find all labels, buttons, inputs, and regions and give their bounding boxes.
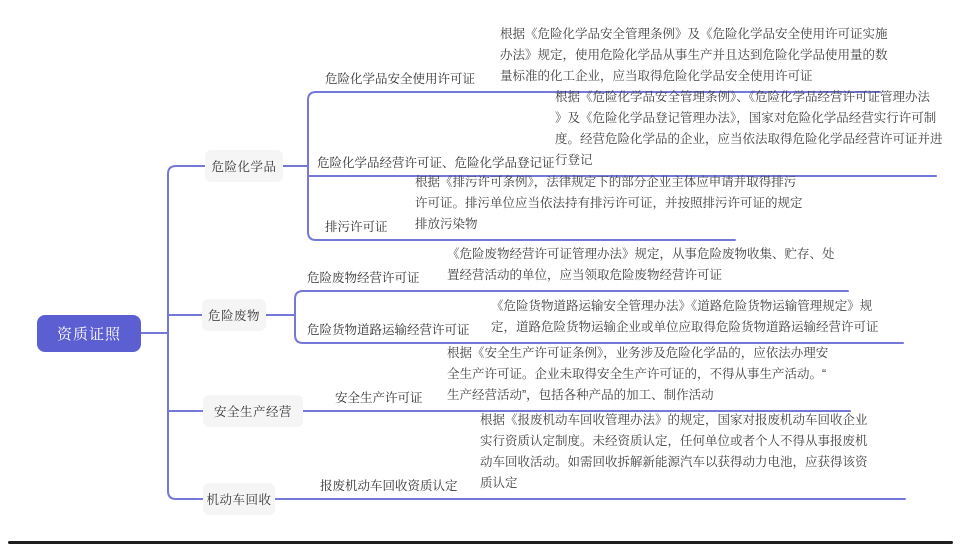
window-bottom-border [8, 541, 953, 544]
subtopic-note[interactable]: 《危险废物经营许可证管理办法》规定，从事危险废物收集、贮存、处 置经营活动的单位… [447, 244, 867, 291]
spine-with-top-bottom-elbows [168, 166, 205, 499]
subtopic-label-scrap-vehicle-qualification[interactable]: 报废机动车回收资质认定 [275, 476, 480, 499]
subtopic-row: 危险化学品经营许可证、危险化学品登记证 根据《危险化学品安全管理条例》、《危险化… [308, 84, 962, 176]
subtopic-row: 危险化学品安全使用许可证 根据《危险化学品安全管理条例》及《危险化学品安全使用许… [308, 21, 920, 92]
subtopic-note[interactable]: 根据《安全生产许可证条例》，业务涉及危险化学品的，应依法办理安 全生产许可证。企… [447, 343, 867, 411]
subtopic-row: 报废机动车回收资质认定 根据《报废机动车回收管理办法》的规定，国家对报废机动车回… [275, 407, 900, 499]
subtopic-label-hazwaste-operation-license[interactable]: 危险废物经营许可证 [303, 268, 447, 291]
topic-hazardous-chemicals[interactable]: 危险化学品 [205, 150, 283, 182]
subtopic-row: 危险货物道路运输经营许可证 《危险货物道路运输安全管理办法》《道路危险货物运输管… [303, 293, 911, 343]
topic-hazardous-waste[interactable]: 危险废物 [202, 299, 266, 331]
subtopic-note[interactable]: 根据《危险化学品安全管理条例》、《危险化学品经营许可证管理办法 》及《危险化学品… [555, 87, 962, 176]
root-topic[interactable]: 资质证照 [37, 315, 141, 352]
subtopic-row: 安全生产许可证 根据《安全生产许可证条例》，业务涉及危险化学品的，应依法办理安 … [303, 340, 867, 411]
topic-vehicle-recycling[interactable]: 机动车回收 [203, 483, 275, 515]
subtopic-row: 排污许可证 根据《排污许可条例》，法律规定下的部分企业主体应申请并取得排污 许可… [308, 169, 835, 240]
subtopic-row: 危险废物经营许可证 《危险废物经营许可证管理办法》规定，从事危险废物收集、贮存、… [303, 241, 867, 291]
subtopic-label-pollution-discharge-permit[interactable]: 排污许可证 [308, 217, 415, 240]
mindmap-canvas: 资质证照 危险化学品 危险废物 安全生产经营 机动车回收 危险化学品安全使用许可… [0, 0, 962, 550]
subtopic-note[interactable]: 根据《报废机动车回收管理办法》的规定，国家对报废机动车回收企业 实行资质认定制度… [480, 410, 900, 499]
subtopic-note[interactable]: 《危险货物道路运输安全管理办法》《道路危险货物运输管理规定》规 定，道路危险货物… [491, 296, 911, 343]
subtopic-note[interactable]: 根据《危险化学品安全管理条例》及《危险化学品安全使用许可证实施 办法》规定，使用… [500, 24, 920, 92]
subtopic-note[interactable]: 根据《排污许可条例》，法律规定下的部分企业主体应申请并取得排污 许可证。排污单位… [415, 172, 835, 240]
